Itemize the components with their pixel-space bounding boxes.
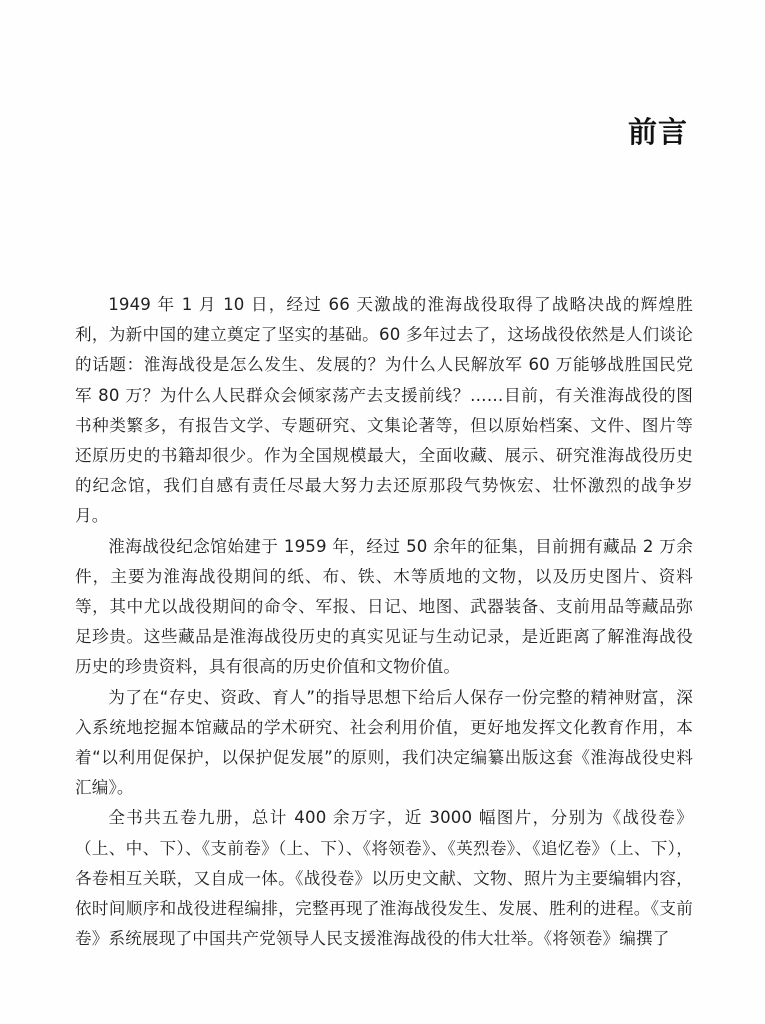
document-page: 前言 1949 年 1 月 10 日，经过 66 天激战的淮海战役取得了战略决战… [0,0,765,1024]
paragraph-4: 全书共五卷九册，总计 400 余万字，近 3000 幅图片，分别为《战役卷》（上… [75,803,693,954]
preface-body: 1949 年 1 月 10 日，经过 66 天激战的淮海战役取得了战略决战的辉煌… [75,290,693,954]
page-title: 前言 [628,110,688,151]
paragraph-2: 淮海战役纪念馆始建于 1959 年，经过 50 余年的征集，目前拥有藏品 2 万… [75,532,693,683]
paragraph-1: 1949 年 1 月 10 日，经过 66 天激战的淮海战役取得了战略决战的辉煌… [75,290,693,532]
paragraph-3: 为了在“存史、资政、育人”的指导思想下给后人保存一份完整的精神财富，深入系统地挖… [75,683,693,804]
